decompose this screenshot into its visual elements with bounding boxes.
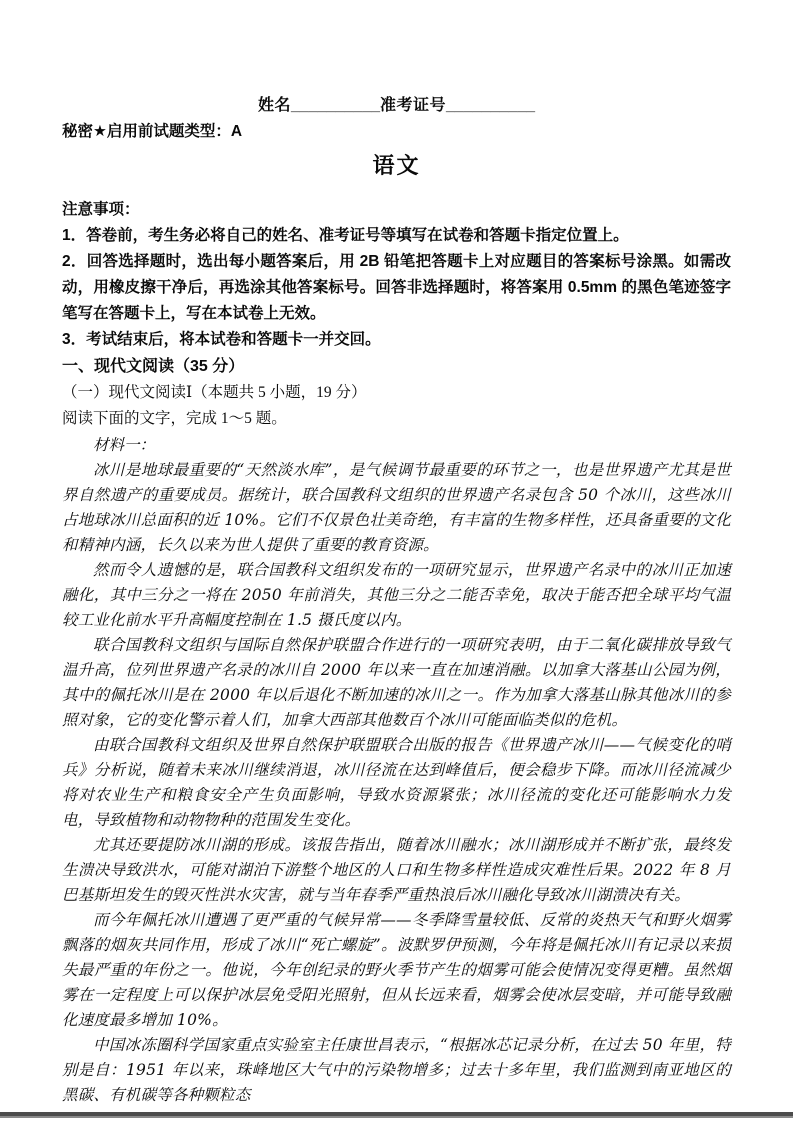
material-paragraph: 由联合国教科文组织及世界自然保护联盟联合出版的报告《世界遗产冰川——气候变化的哨… bbox=[62, 733, 731, 833]
material-paragraph: 尤其还要提防冰川湖的形成。该报告指出，随着冰川融水；冰川湖形成并不断扩张，最终发… bbox=[62, 833, 731, 908]
exam-id-label: 准考证号 bbox=[380, 97, 446, 114]
material-label: 材料一： bbox=[62, 432, 731, 458]
paper-title: 语文 bbox=[62, 151, 731, 181]
candidate-info-line: 姓名__________准考证号__________ bbox=[62, 96, 731, 116]
section-heading: 一、现代文阅读（35 分） bbox=[62, 353, 731, 380]
name-label: 姓名 bbox=[258, 97, 291, 114]
material-paragraph: 然而令人遗憾的是，联合国教科文组织发布的一项研究显示，世界遗产名录中的冰川正加速… bbox=[62, 558, 731, 633]
material-paragraph: 冰川是地球最重要的“天然淡水库”，是气候调节最重要的环节之一，也是世界遗产尤其是… bbox=[62, 458, 731, 558]
notice-item-1: 1．答卷前，考生务必将自己的姓名、准考证号等填写在试卷和答题卡指定位置上。 bbox=[62, 223, 731, 249]
material-paragraph: 而今年佩托冰川遭遇了更严重的气候异常——冬季降雪量较低、反常的炎热天气和野火烟雾… bbox=[62, 908, 731, 1033]
page-content: 姓名__________准考证号__________ 秘密★启用前试题类型：A … bbox=[0, 0, 793, 1108]
material-paragraph: 中国冰冻圈科学国家重点实验室主任康世昌表示，“根据冰芯记录分析，在过去 50 年… bbox=[62, 1033, 731, 1108]
notice-heading: 注意事项： bbox=[62, 197, 731, 223]
notice-item-2: 2．回答选择题时，选出每小题答案后，用 2B 铅笔把答题卡上对应题目的答案标号涂… bbox=[62, 249, 731, 327]
exam-paper-page: 姓名__________准考证号__________ 秘密★启用前试题类型：A … bbox=[0, 0, 793, 1122]
secret-type-line: 秘密★启用前试题类型：A bbox=[62, 121, 731, 143]
name-blank-field: __________ bbox=[291, 97, 380, 114]
reading-instruction: 阅读下面的文字，完成 1～5 题。 bbox=[62, 406, 731, 432]
subsection-heading: （一）现代文阅读Ⅰ（本题共 5 小题，19 分） bbox=[62, 380, 731, 406]
notice-item-3: 3．考试结束后，将本试卷和答题卡一并交回。 bbox=[62, 327, 731, 353]
exam-id-blank-field: __________ bbox=[446, 97, 535, 114]
material-paragraph: 联合国教科文组织与国际自然保护联盟合作进行的一项研究表明，由于二氧化碳排放导致气… bbox=[62, 633, 731, 733]
window-bottom-edge bbox=[0, 1112, 793, 1118]
